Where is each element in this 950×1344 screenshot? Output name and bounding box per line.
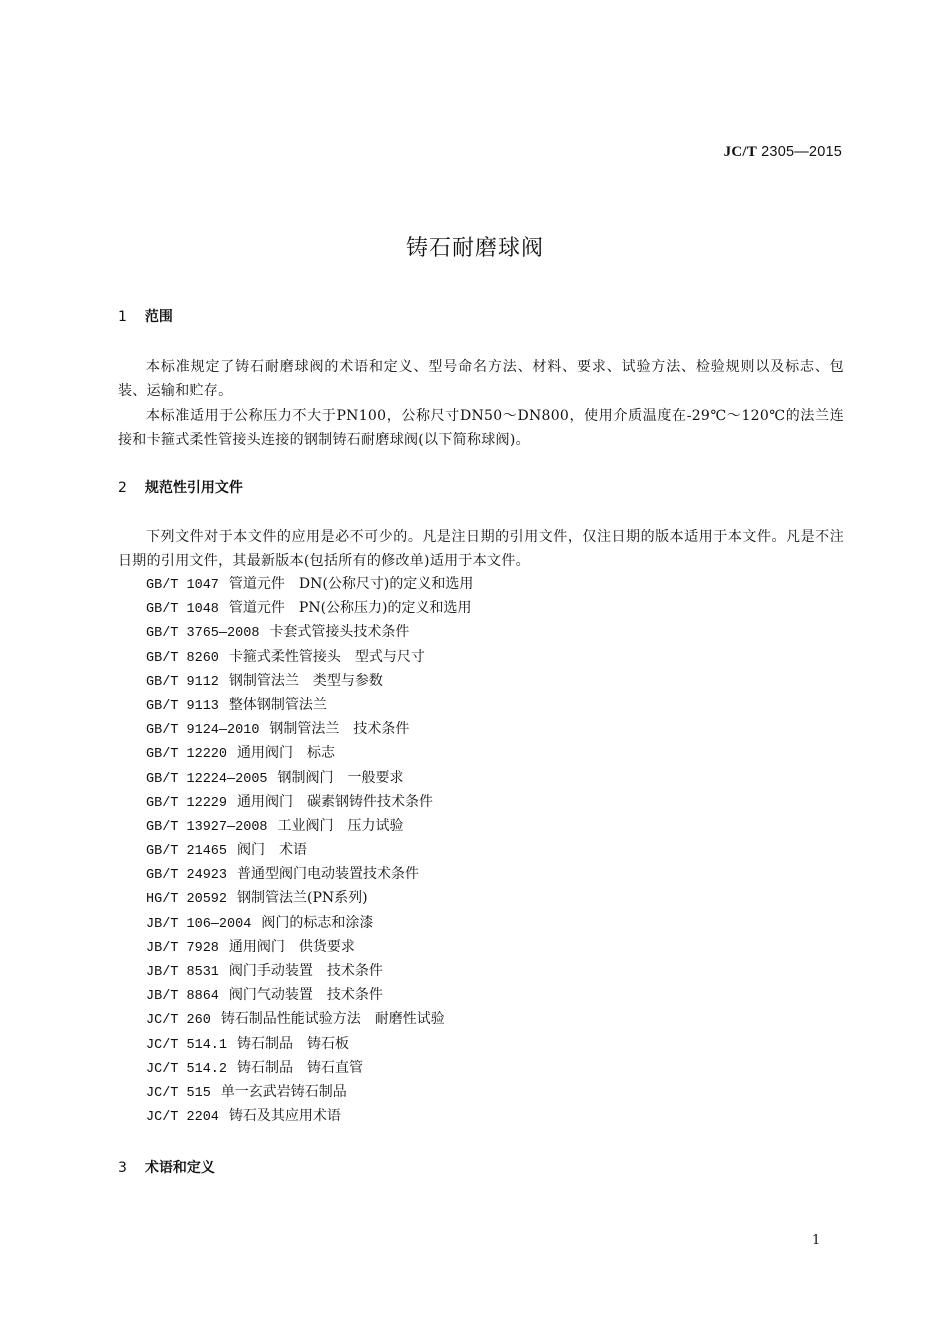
reference-title: 阀门手动装置 技术条件	[229, 963, 383, 979]
reference-title: 钢制管法兰(PN系列)	[237, 890, 368, 906]
reference-code: GB/T 13927—2008	[146, 820, 268, 835]
reference-code: JC/T 514.2	[146, 1062, 227, 1077]
page-number: 1	[812, 1233, 820, 1248]
reference-title: 工业阀门 压力试验	[278, 818, 404, 834]
reference-code: GB/T 24923	[146, 868, 227, 883]
standard-number: 2305—2015	[761, 144, 842, 160]
reference-item: JB/T 106—2004阀门的标志和涂漆	[146, 911, 473, 935]
reference-title: 管道元件 PN(公称压力)的定义和选用	[229, 600, 472, 616]
reference-code: GB/T 12224—2005	[146, 772, 268, 787]
document-title: 铸石耐磨球阀	[0, 231, 950, 262]
reference-item: GB/T 9124—2010钢制管法兰 技术条件	[146, 717, 473, 741]
reference-item: GB/T 12220通用阀门 标志	[146, 741, 473, 765]
reference-code: JC/T 514.1	[146, 1038, 227, 1053]
reference-title: 单一玄武岩铸石制品	[221, 1084, 347, 1100]
reference-code: GB/T 1047	[146, 578, 219, 593]
reference-list: GB/T 1047管道元件 DN(公称尺寸)的定义和选用 GB/T 1048管道…	[146, 572, 473, 1128]
reference-item: GB/T 9112钢制管法兰 类型与参数	[146, 669, 473, 693]
reference-title: 铸石制品 铸石直管	[237, 1060, 363, 1076]
reference-title: 通用阀门 标志	[237, 745, 335, 761]
section-heading-scope: 1 范围	[118, 306, 173, 326]
reference-item: HG/T 20592钢制管法兰(PN系列)	[146, 886, 473, 910]
reference-title: 卡套式管接头技术条件	[269, 624, 409, 640]
section-heading-terms-definitions: 3 术语和定义	[118, 1157, 215, 1177]
reference-item: GB/T 9113整体钢制管法兰	[146, 693, 473, 717]
reference-item: GB/T 1047管道元件 DN(公称尺寸)的定义和选用	[146, 572, 473, 596]
reference-code: GB/T 9112	[146, 675, 219, 690]
reference-title: 钢制阀门 一般要求	[278, 770, 404, 786]
reference-title: 通用阀门 供货要求	[229, 939, 355, 955]
reference-item: JC/T 260铸石制品性能试验方法 耐磨性试验	[146, 1007, 473, 1031]
reference-code: JB/T 8531	[146, 965, 219, 980]
reference-code: GB/T 9124—2010	[146, 723, 259, 738]
section-title: 术语和定义	[145, 1160, 215, 1176]
reference-code: JB/T 106—2004	[146, 917, 251, 932]
reference-title: 管道元件 DN(公称尺寸)的定义和选用	[229, 576, 473, 592]
reference-item: JC/T 515单一玄武岩铸石制品	[146, 1080, 473, 1104]
reference-code: GB/T 12229	[146, 796, 227, 811]
scope-paragraph-1: 本标准规定了铸石耐磨球阀的术语和定义、型号命名方法、材料、要求、试验方法、检验规…	[118, 355, 844, 403]
reference-code: JC/T 260	[146, 1013, 211, 1028]
reference-item: JB/T 8864阀门气动装置 技术条件	[146, 983, 473, 1007]
reference-title: 铸石及其应用术语	[229, 1108, 341, 1124]
document-page: JC/T 2305—2015 铸石耐磨球阀 1 范围 本标准规定了铸石耐磨球阀的…	[0, 0, 950, 1344]
reference-title: 普通型阀门电动装置技术条件	[237, 866, 419, 882]
reference-code: HG/T 20592	[146, 892, 227, 907]
scope-paragraph-2: 本标准适用于公称压力不大于PN100，公称尺寸DN50～DN800，使用介质温度…	[118, 404, 844, 452]
reference-item: JB/T 7928通用阀门 供货要求	[146, 935, 473, 959]
reference-title: 卡箍式柔性管接头 型式与尺寸	[229, 649, 425, 665]
section-heading-normative-references: 2 规范性引用文件	[118, 477, 243, 497]
reference-item: GB/T 3765—2008卡套式管接头技术条件	[146, 620, 473, 644]
reference-item: GB/T 24923普通型阀门电动装置技术条件	[146, 862, 473, 886]
reference-item: GB/T 13927—2008工业阀门 压力试验	[146, 814, 473, 838]
reference-code: GB/T 1048	[146, 602, 219, 617]
reference-code: JB/T 7928	[146, 941, 219, 956]
reference-code: GB/T 8260	[146, 651, 219, 666]
reference-title: 通用阀门 碳素钢铸件技术条件	[237, 794, 433, 810]
reference-title: 铸石制品性能试验方法 耐磨性试验	[221, 1011, 445, 1027]
section-title: 规范性引用文件	[145, 480, 243, 496]
reference-item: JC/T 514.2铸石制品 铸石直管	[146, 1056, 473, 1080]
reference-item: GB/T 12224—2005钢制阀门 一般要求	[146, 766, 473, 790]
section-number: 3	[118, 1160, 140, 1176]
reference-item: GB/T 1048管道元件 PN(公称压力)的定义和选用	[146, 596, 473, 620]
reference-item: GB/T 8260卡箍式柔性管接头 型式与尺寸	[146, 645, 473, 669]
reference-code: GB/T 21465	[146, 844, 227, 859]
reference-title: 钢制管法兰 技术条件	[269, 721, 409, 737]
section-number: 2	[118, 480, 140, 496]
reference-code: GB/T 3765—2008	[146, 626, 259, 641]
reference-code: GB/T 9113	[146, 699, 219, 714]
reference-title: 阀门的标志和涂漆	[261, 915, 373, 931]
references-intro-paragraph: 下列文件对于本文件的应用是必不可少的。凡是注日期的引用文件，仅注日期的版本适用于…	[118, 525, 844, 573]
reference-title: 阀门气动装置 技术条件	[229, 987, 383, 1003]
section-title: 范围	[145, 309, 173, 325]
reference-item: JB/T 8531阀门手动装置 技术条件	[146, 959, 473, 983]
section-number: 1	[118, 309, 140, 325]
reference-item: GB/T 21465阀门 术语	[146, 838, 473, 862]
reference-title: 阀门 术语	[237, 842, 307, 858]
standard-prefix: JC/T	[724, 144, 757, 160]
reference-code: JC/T 2204	[146, 1110, 219, 1125]
reference-title: 铸石制品 铸石板	[237, 1036, 349, 1052]
reference-title: 整体钢制管法兰	[229, 697, 327, 713]
reference-item: GB/T 12229通用阀门 碳素钢铸件技术条件	[146, 790, 473, 814]
standard-code: JC/T 2305—2015	[724, 144, 842, 161]
reference-item: JC/T 2204铸石及其应用术语	[146, 1104, 473, 1128]
reference-code: GB/T 12220	[146, 747, 227, 762]
reference-item: JC/T 514.1铸石制品 铸石板	[146, 1032, 473, 1056]
reference-title: 钢制管法兰 类型与参数	[229, 673, 383, 689]
reference-code: JC/T 515	[146, 1086, 211, 1101]
reference-code: JB/T 8864	[146, 989, 219, 1004]
